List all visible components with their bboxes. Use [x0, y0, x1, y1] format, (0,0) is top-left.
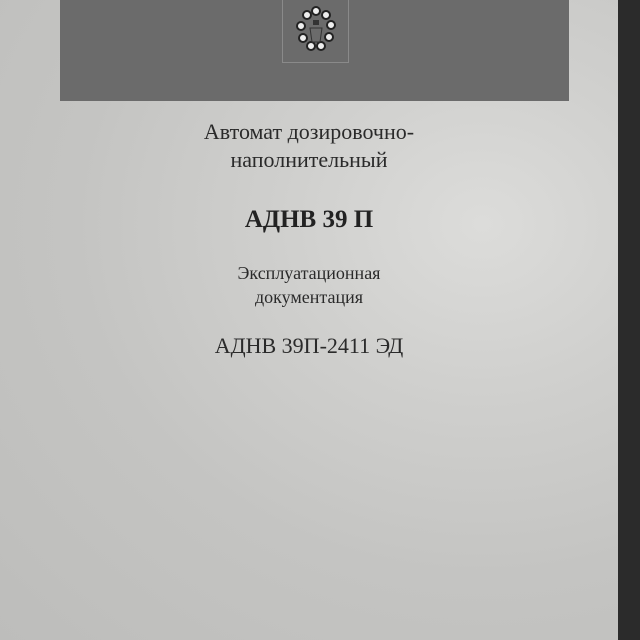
- doc-type-line-1: Эксплуатационная: [0, 261, 618, 285]
- document-page: Автомат дозировочно- наполнительный АДНВ…: [0, 0, 618, 640]
- dosing-machine-logo-icon: [283, 0, 350, 63]
- document-type: Эксплуатационная документация: [0, 261, 618, 309]
- title-line-1: Автомат дозировочно-: [0, 118, 618, 146]
- document-title: Автомат дозировочно- наполнительный: [0, 118, 618, 174]
- title-line-2: наполнительный: [0, 146, 618, 174]
- logo: [282, 0, 349, 63]
- document-code: АДНВ 39П-2411 ЭД: [0, 333, 618, 359]
- doc-type-line-2: документация: [0, 285, 618, 309]
- model-name: АДНВ 39 П: [0, 206, 618, 234]
- page-edge-shadow: [618, 0, 640, 640]
